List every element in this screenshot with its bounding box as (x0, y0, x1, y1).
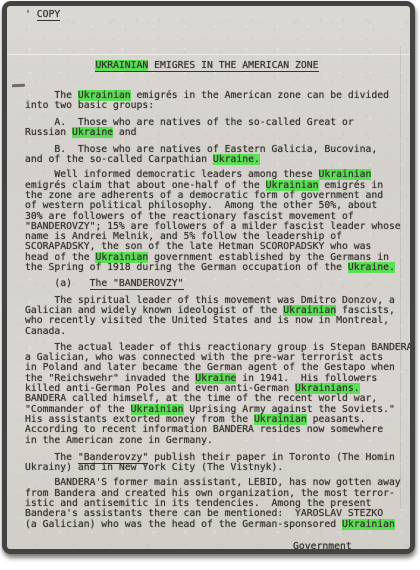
text-segment: who recently visited the United States a… (25, 315, 389, 326)
text-line: Russian Ukraine and (25, 128, 408, 138)
scanned-document-page: ' COPY UKRAINIAN EMIGRES IN THE AMERICAN… (0, 0, 420, 570)
text-line: in the American zone in Germany. (25, 436, 408, 446)
highlighted-term: Ukraine. (348, 262, 395, 273)
text-line: Government (293, 542, 408, 549)
photo-frame-border: ' COPY UKRAINIAN EMIGRES IN THE AMERICAN… (2, 1, 415, 554)
text-segment: ' (25, 9, 37, 20)
text-line: into two basic groups: (25, 101, 408, 111)
document-title: UKRAINIAN EMIGRES IN THE AMERICAN ZONE (25, 61, 408, 71)
document-text: ' COPY UKRAINIAN EMIGRES IN THE AMERICAN… (25, 8, 408, 549)
text-segment: into two basic groups: (25, 100, 154, 111)
text-segment: emigrés in the American zone can be divi… (131, 90, 389, 101)
text-line: UKRAINIAN EMIGRES IN THE AMERICAN ZONE (25, 61, 408, 71)
text-segment: and (113, 127, 136, 138)
pencil-dash-mark (12, 84, 25, 87)
heading-banderovzy: (a) The "BANDEROVZY" (25, 279, 408, 289)
paragraph-claim: Well informed democratic leaders among t… (25, 170, 408, 273)
text-line: and of the so-called Carpathian Ukraine. (25, 155, 408, 165)
highlighted-term: Ukraine (72, 127, 113, 138)
copy-label: ' COPY (25, 10, 408, 20)
text-line: (a Galician) who was the head of the Ger… (25, 520, 408, 530)
list-item-a: A. Those who are natives of the so-calle… (25, 118, 408, 139)
text-segment: the Spring of 1918 during the German occ… (25, 262, 348, 273)
document-paper: ' COPY UKRAINIAN EMIGRES IN THE AMERICAN… (7, 6, 410, 549)
paragraph-lebid: BANDERA'S former main assistant, LEBID, … (25, 478, 408, 529)
text-segment: Government (293, 541, 352, 549)
text-line: who recently visited the United States a… (25, 316, 408, 326)
highlighted-term: Ukrainian (342, 519, 395, 530)
text-segment: in the American zone in Germany. (25, 435, 213, 446)
catchword: Government (25, 542, 408, 549)
text-segment: Russian (25, 127, 72, 138)
text-segment: Canada. (25, 326, 66, 337)
highlighted-term: UKRAINIAN (95, 60, 148, 72)
paragraph-spiritual-leader: The spiritual leader of this movement wa… (25, 296, 408, 337)
text-segment: (a) (25, 278, 90, 289)
paragraph-intro: The Ukrainian emigrés in the American zo… (25, 91, 408, 112)
underlined-text: EMIGRES IN THE AMERICAN ZONE (148, 60, 318, 72)
text-line: the Spring of 1918 during the German occ… (25, 263, 408, 273)
text-segment (25, 60, 95, 71)
text-segment: Ukrainy) and in New York City (The Vistn… (25, 462, 283, 473)
text-segment: and of the so-called Carpathian (25, 154, 213, 165)
highlighted-term: Ukraine. (213, 154, 260, 165)
list-item-b: B. Those who are natives of Eastern Gali… (25, 145, 408, 166)
text-line: Ukrainy) and in New York City (The Vistn… (25, 463, 408, 473)
text-line: Canada. (25, 327, 408, 337)
text-segment: (a Galician) who was the head of the Ger… (25, 519, 342, 530)
underlined-text: COPY (37, 9, 60, 21)
text-line: ' COPY (25, 10, 408, 20)
paragraph-actual-leader: The actual leader of this reactionary gr… (25, 343, 408, 446)
underlined-text: The "BANDEROVZY" (90, 278, 184, 290)
paragraph-newspapers: The "Banderovzy" publish their paper in … (25, 453, 408, 474)
text-line: (a) The "BANDEROVZY" (25, 279, 408, 289)
